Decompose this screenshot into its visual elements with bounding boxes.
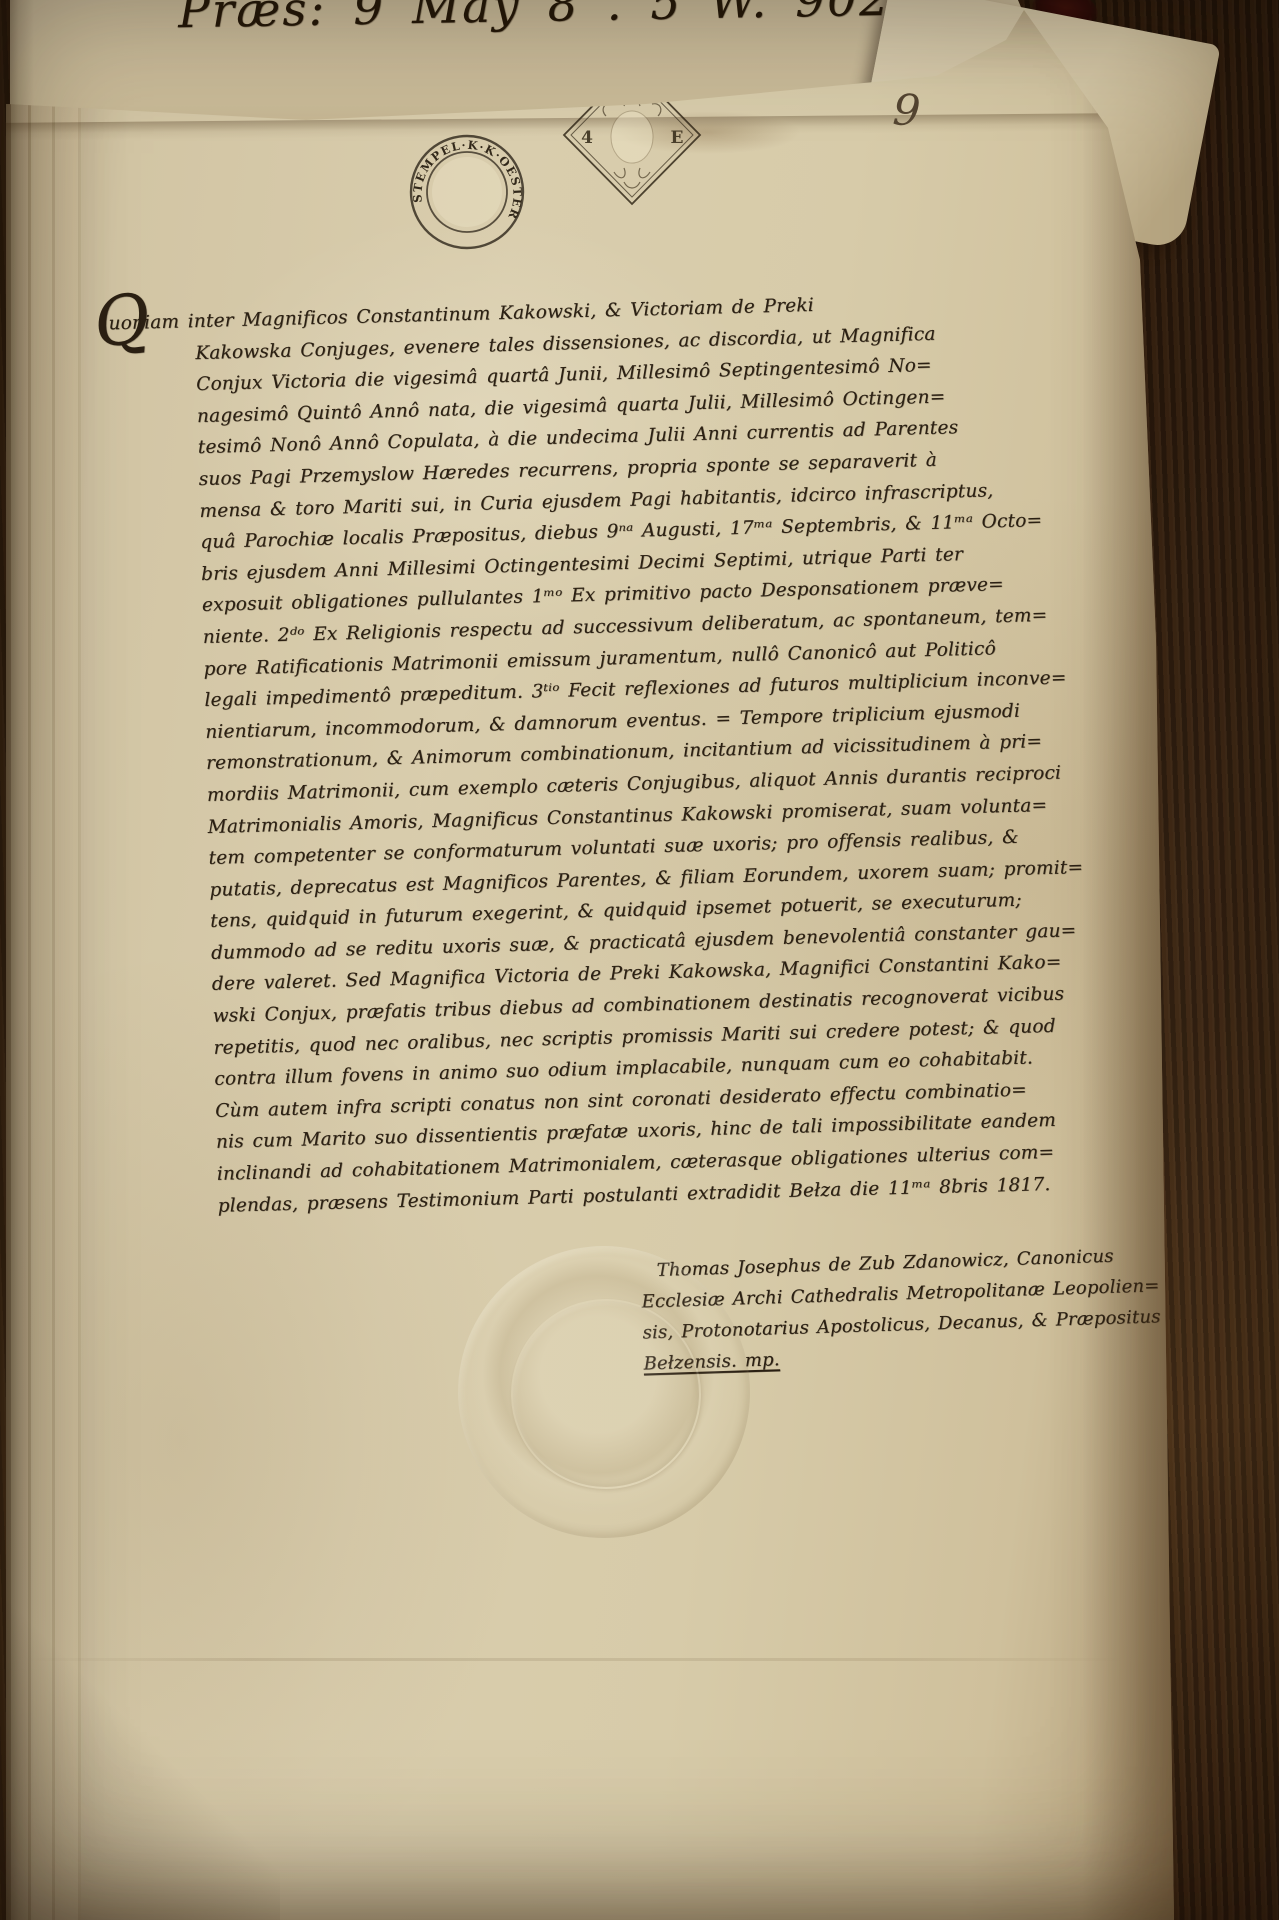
folio-number: 9 <box>891 85 922 137</box>
manuscript-text-block: uoniam inter Magnificos Constantinum Kak… <box>106 284 1070 1225</box>
stamp-embossed-oval <box>611 111 653 163</box>
embossed-seal-coat-of-arms <box>511 1299 702 1490</box>
manuscript-lines: uoniam inter Magnificos Constantinum Kak… <box>106 284 1070 1225</box>
diamond-value-left: 4 <box>581 128 593 148</box>
page-edge-shadow <box>1082 80 1174 1920</box>
photographed-manuscript: Præs: 9 May 8 . 5 W. 902 9 STEMPEL·K·K·O… <box>0 0 1279 1920</box>
diamond-letter-right: E <box>671 128 684 148</box>
archival-header-inscription: Præs: 9 May 8 . 5 W. 902 <box>178 0 892 39</box>
corner-shadow <box>0 1600 280 1920</box>
blind-embossed-seal <box>458 1246 750 1538</box>
round-ink-stamp-icon: STEMPEL·K·K·OESTERR <box>397 122 537 262</box>
